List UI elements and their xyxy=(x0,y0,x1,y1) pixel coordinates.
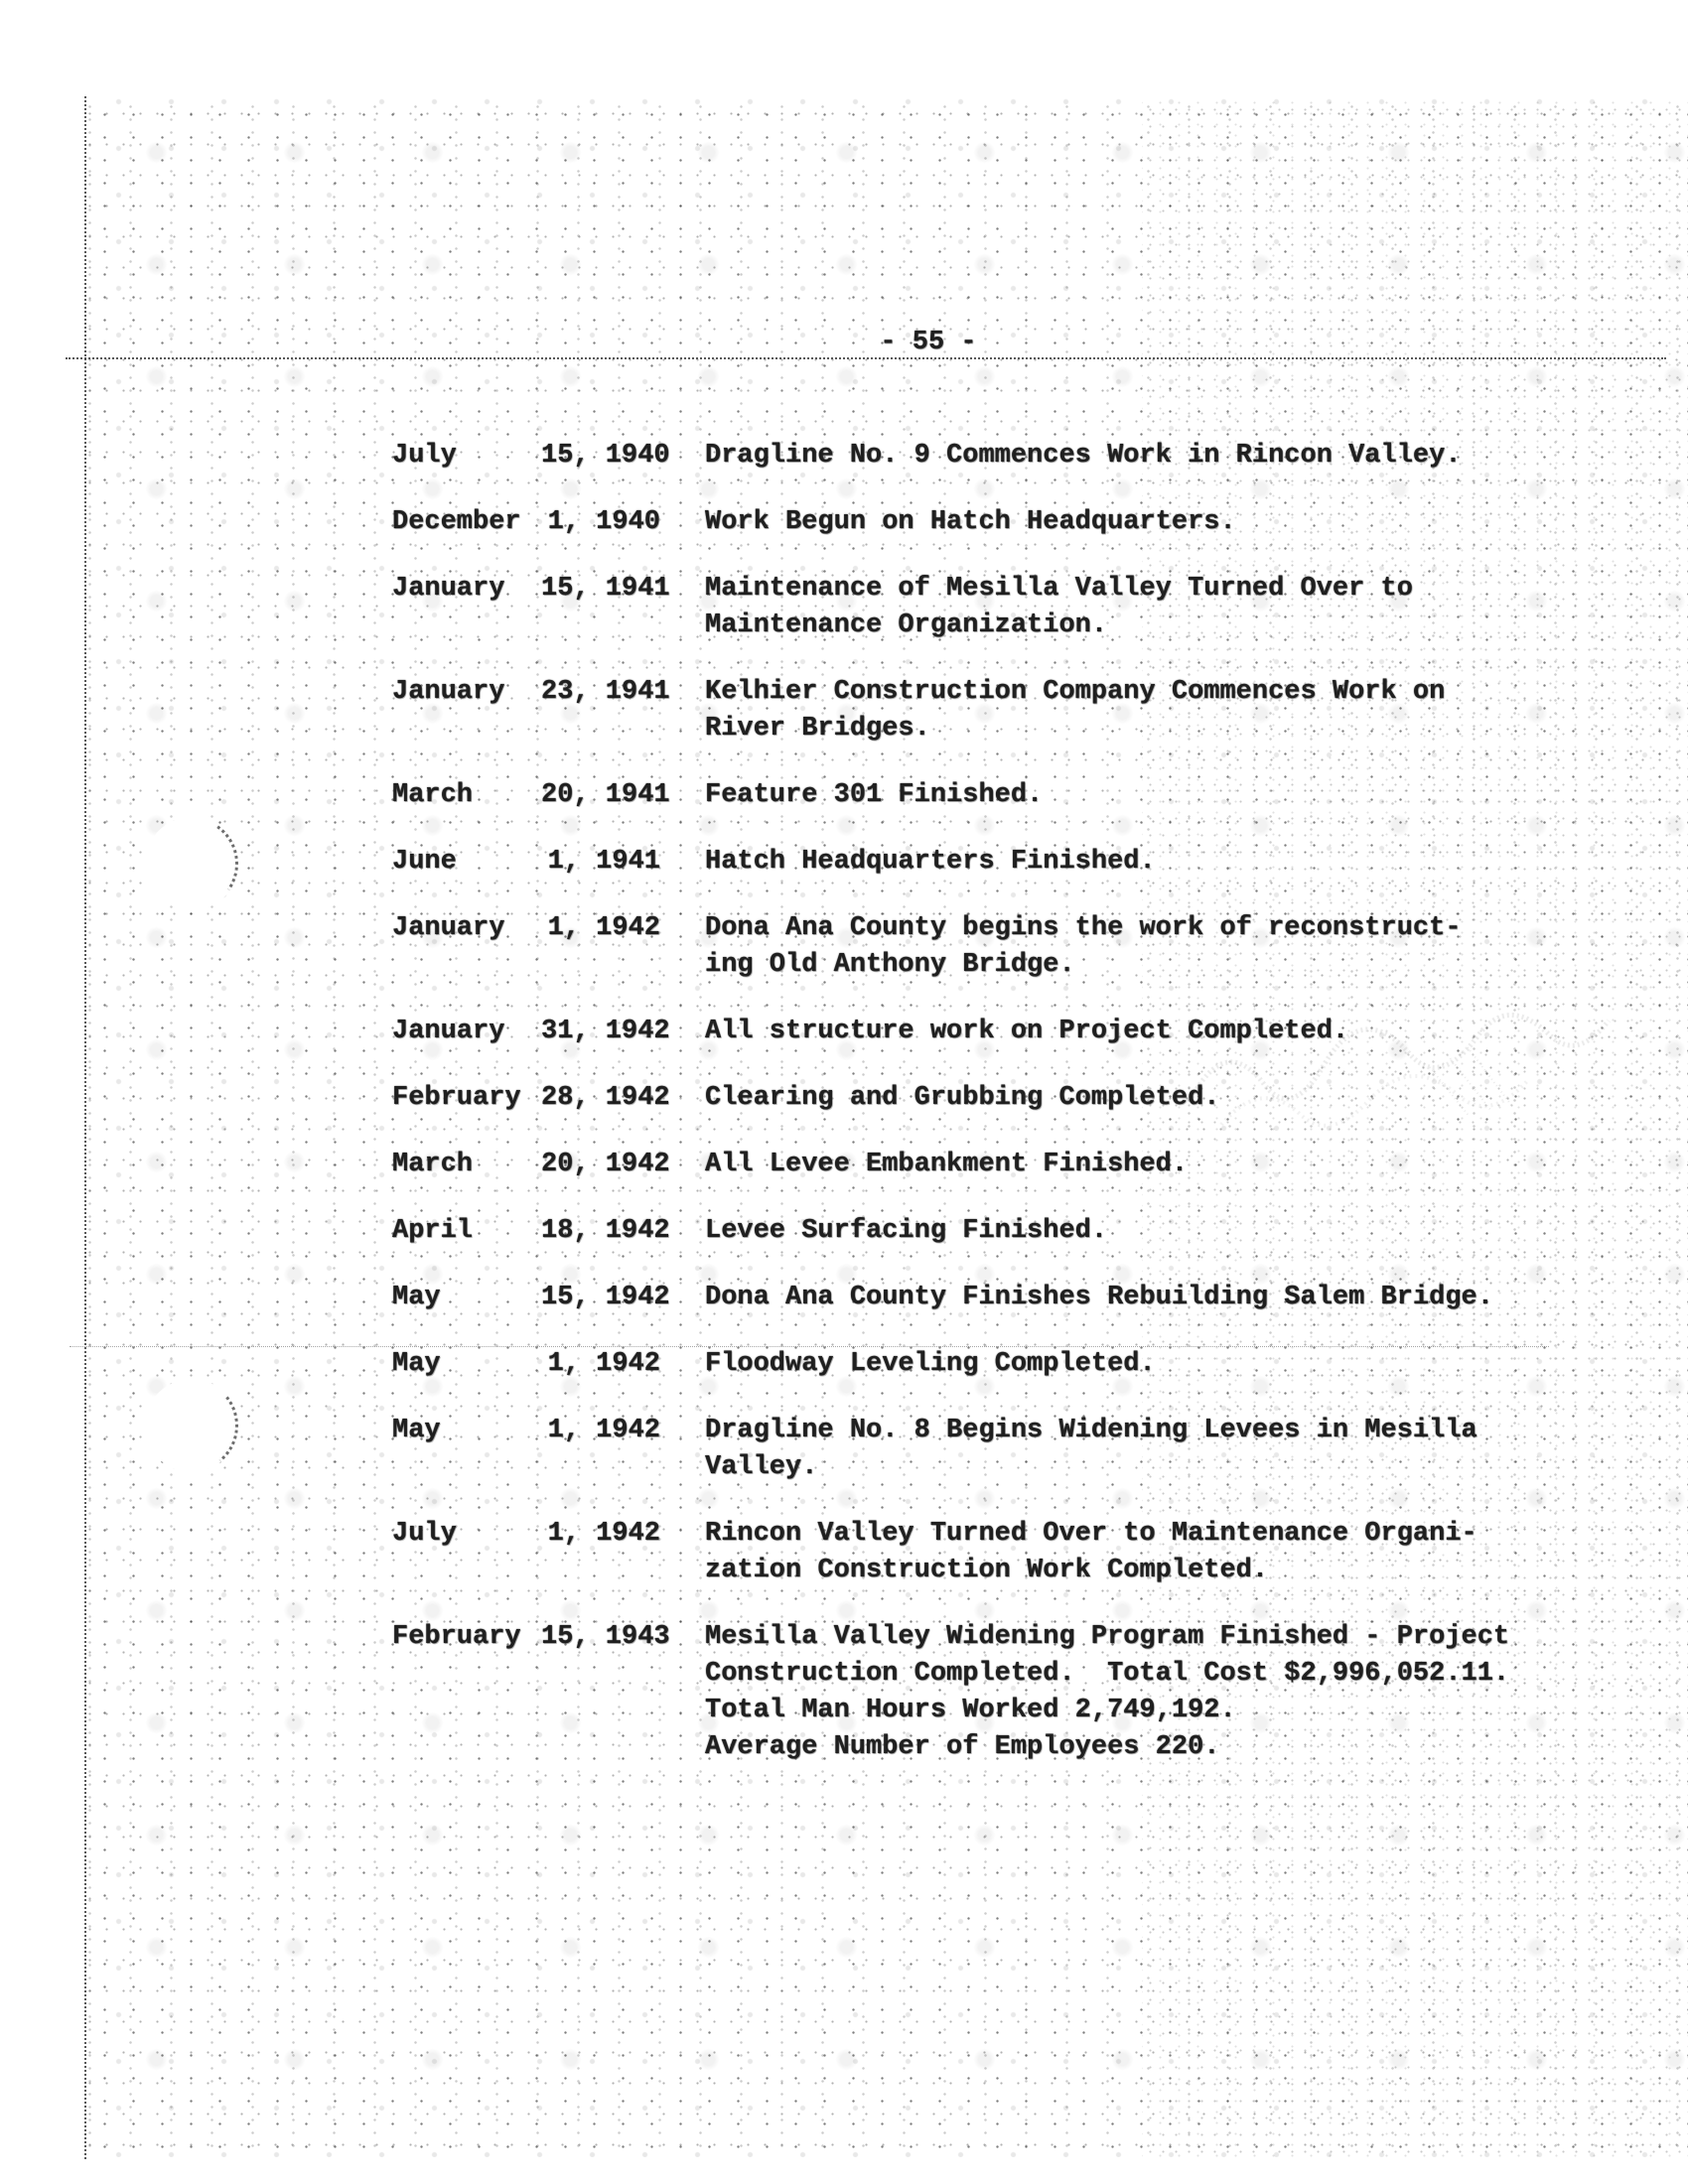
entry-description: Kelhier Construction Company Commences W… xyxy=(705,674,1445,748)
timeline-entry: January 15, 1941 Maintenance of Mesilla … xyxy=(392,571,1554,644)
timeline: July 15, 1940 Dragline No. 9 Commences W… xyxy=(392,438,1554,1796)
entry-date: 1, 1941 xyxy=(541,844,660,881)
entry-description: Dona Ana County begins the work of recon… xyxy=(705,910,1462,984)
entry-month: January xyxy=(392,910,541,947)
timeline-entry: July 15, 1940 Dragline No. 9 Commences W… xyxy=(392,438,1554,475)
hole-punch-top xyxy=(145,817,238,910)
timeline-entry: March 20, 1942 All Levee Embankment Fini… xyxy=(392,1147,1554,1183)
entry-month: February xyxy=(392,1619,541,1656)
entry-description: All Levee Embankment Finished. xyxy=(705,1147,1188,1183)
entry-date: 1, 1940 xyxy=(541,504,660,541)
timeline-entry: March 20, 1941 Feature 301 Finished. xyxy=(392,777,1554,814)
entry-date: 23, 1941 xyxy=(541,674,660,711)
entry-date: 1, 1942 xyxy=(541,910,660,947)
timeline-entry: June 1, 1941 Hatch Headquarters Finished… xyxy=(392,844,1554,881)
entry-month: May xyxy=(392,1280,541,1316)
page-number: - 55 - xyxy=(333,328,1524,357)
entry-date: 1, 1942 xyxy=(541,1516,660,1553)
entry-month: February xyxy=(392,1080,541,1117)
entry-description: Maintenance of Mesilla Valley Turned Ove… xyxy=(705,571,1413,644)
entry-description: Work Begun on Hatch Headquarters. xyxy=(705,504,1236,541)
entry-month: May xyxy=(392,1346,541,1383)
timeline-entry: February 15, 1943 Mesilla Valley Widenin… xyxy=(392,1619,1554,1766)
entry-month: July xyxy=(392,438,541,475)
entry-date: 15, 1942 xyxy=(541,1280,660,1316)
entry-month: March xyxy=(392,777,541,814)
entry-date: 20, 1942 xyxy=(541,1147,660,1183)
entry-date: 18, 1942 xyxy=(541,1213,660,1250)
entry-month: April xyxy=(392,1213,541,1250)
entry-description: Mesilla Valley Widening Program Finished… xyxy=(705,1619,1509,1766)
document-page: - 55 - July 15, 1940 Dragline No. 9 Comm… xyxy=(0,0,1688,2184)
entry-month: March xyxy=(392,1147,541,1183)
left-margin-scan-line xyxy=(84,96,86,2159)
entry-description: Feature 301 Finished. xyxy=(705,777,1043,814)
entry-description: Dona Ana County Finishes Rebuilding Sale… xyxy=(705,1280,1493,1316)
entry-description: Clearing and Grubbing Completed. xyxy=(705,1080,1219,1117)
entry-month: January xyxy=(392,674,541,711)
timeline-entry: May 1, 1942 Floodway Leveling Completed. xyxy=(392,1346,1554,1383)
entry-description: All structure work on Project Completed. xyxy=(705,1014,1348,1050)
entry-month: January xyxy=(392,1014,541,1050)
timeline-entry: January 31, 1942 All structure work on P… xyxy=(392,1014,1554,1050)
timeline-entry: July 1, 1942 Rincon Valley Turned Over t… xyxy=(392,1516,1554,1589)
timeline-entry: January 23, 1941 Kelhier Construction Co… xyxy=(392,674,1554,748)
entry-date: 28, 1942 xyxy=(541,1080,660,1117)
entry-date: 31, 1942 xyxy=(541,1014,660,1050)
entry-month: January xyxy=(392,571,541,608)
entry-date: 15, 1940 xyxy=(541,438,660,475)
entry-month: December xyxy=(392,504,541,541)
entry-date: 15, 1941 xyxy=(541,571,660,608)
entry-month: July xyxy=(392,1516,541,1553)
timeline-entry: May 15, 1942 Dona Ana County Finishes Re… xyxy=(392,1280,1554,1316)
entry-date: 15, 1943 xyxy=(541,1619,660,1656)
entry-description: Hatch Headquarters Finished. xyxy=(705,844,1156,881)
timeline-entry: February 28, 1942 Clearing and Grubbing … xyxy=(392,1080,1554,1117)
entry-description: Dragline No. 8 Begins Widening Levees in… xyxy=(705,1413,1477,1486)
hole-punch-bottom xyxy=(145,1379,238,1472)
timeline-entry: December 1, 1940 Work Begun on Hatch Hea… xyxy=(392,504,1554,541)
entry-description: Floodway Leveling Completed. xyxy=(705,1346,1156,1383)
entry-description: Levee Surfacing Finished. xyxy=(705,1213,1107,1250)
entry-description: Rincon Valley Turned Over to Maintenance… xyxy=(705,1516,1477,1589)
entry-description: Dragline No. 9 Commences Work in Rincon … xyxy=(705,438,1462,475)
entry-date: 20, 1941 xyxy=(541,777,660,814)
entry-date: 1, 1942 xyxy=(541,1346,660,1383)
timeline-entry: January 1, 1942 Dona Ana County begins t… xyxy=(392,910,1554,984)
timeline-entry: April 18, 1942 Levee Surfacing Finished. xyxy=(392,1213,1554,1250)
header-rule xyxy=(66,357,1666,359)
entry-month: June xyxy=(392,844,541,881)
timeline-entry: May 1, 1942 Dragline No. 8 Begins Wideni… xyxy=(392,1413,1554,1486)
entry-date: 1, 1942 xyxy=(541,1413,660,1449)
entry-month: May xyxy=(392,1413,541,1449)
